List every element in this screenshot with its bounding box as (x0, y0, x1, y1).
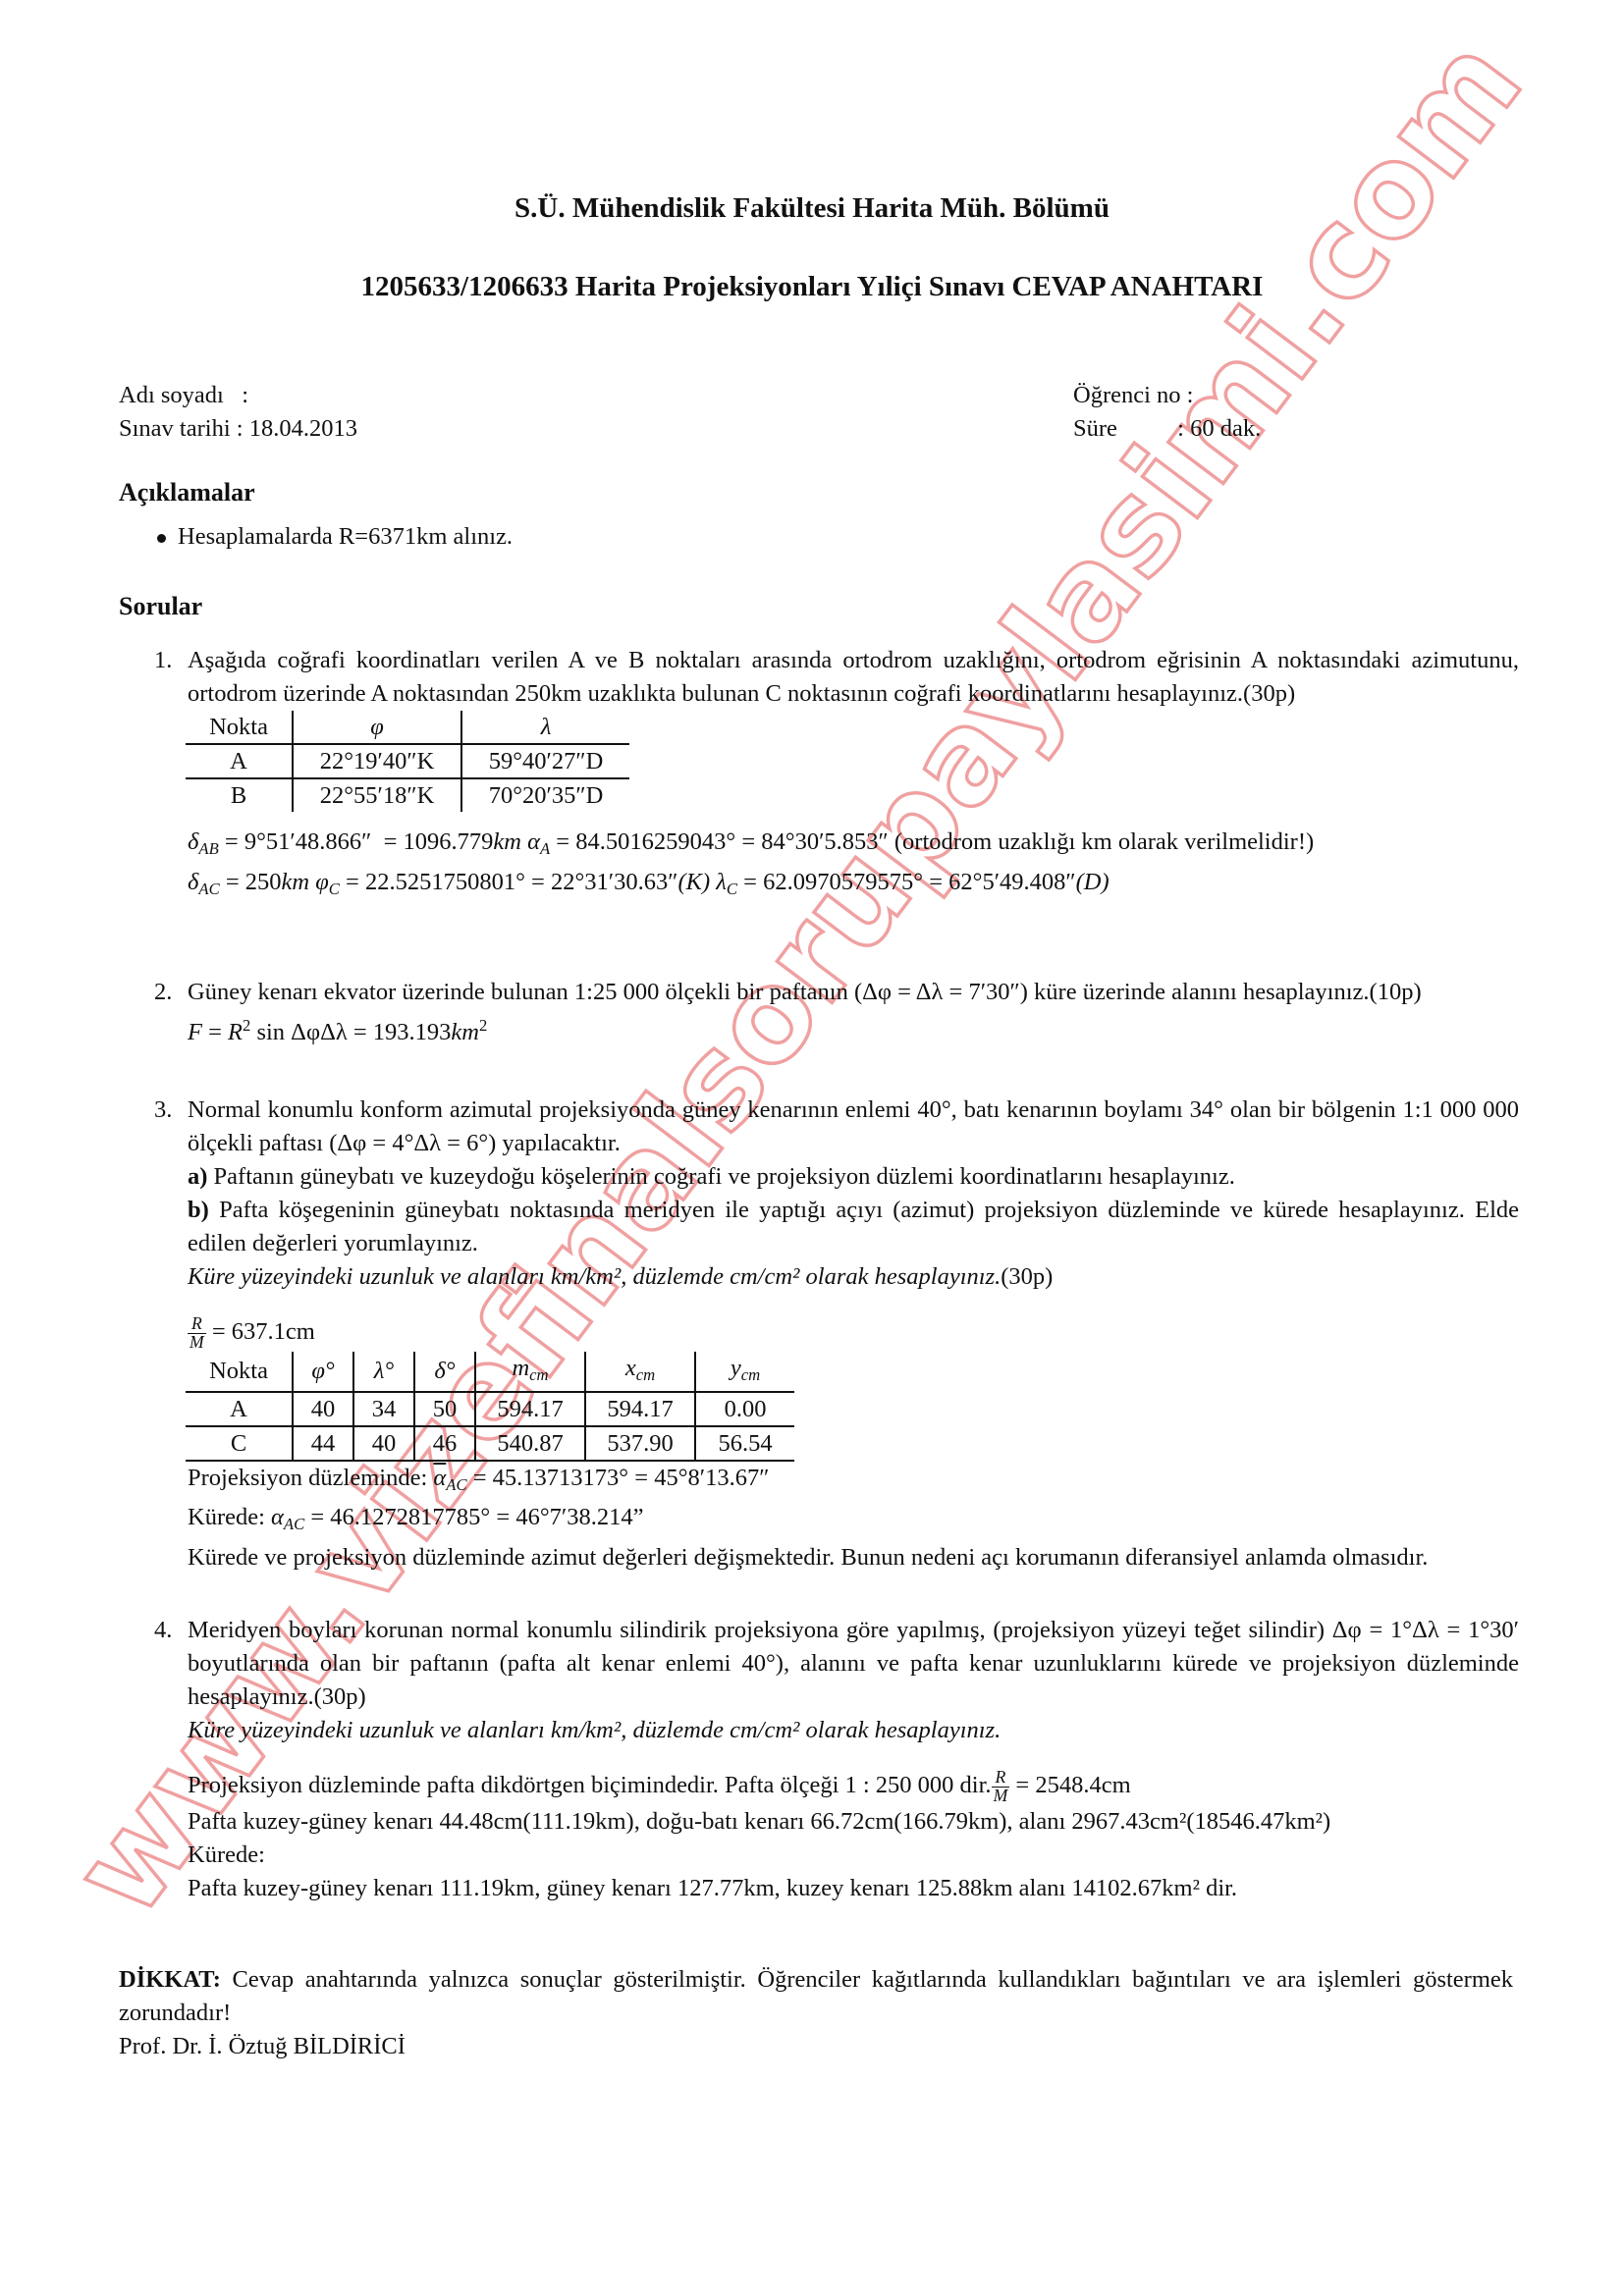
part-a: a) Paftanın güneybatı ve kuzeydoğu köşel… (188, 1160, 1519, 1194)
student-no-label: Öğrenci no (1073, 382, 1181, 408)
question-text: Normal konumlu konform azimutal projeksi… (188, 1094, 1519, 1160)
answer-4-sphere: Pafta kuzey-güney kenarı 111.19km, güney… (188, 1872, 1519, 1905)
answer-3-sphere: Kürede: αAC = 46.1272817785° = 46°7′38.2… (188, 1501, 1519, 1541)
question-4: 4. Meridyen boyları korunan normal konum… (154, 1614, 1519, 1905)
answer-1a: δAB = 9°51′48.866″ = 1096.779km αA = 84.… (188, 826, 1519, 866)
footer: DİKKAT: Cevap anahtarında yalnızca sonuç… (119, 1963, 1513, 2063)
answer-4-line1: Projeksiyon düzleminde pafta dikdörtgen … (188, 1769, 1519, 1805)
notes-item: Hesaplamalarda R=6371km alınız. (157, 520, 513, 554)
question-number: 4. (154, 1614, 172, 1647)
answer-3-projection: Projeksiyon düzleminde: αAC = 45.1371317… (188, 1462, 1519, 1502)
exam-title: 1205633/1206633 Harita Projeksiyonları Y… (0, 271, 1624, 303)
duration-label: Süre (1073, 415, 1117, 442)
answer-2: F = R2 sin ΔφΔλ = 193.193km2 (188, 1009, 1519, 1049)
warning: DİKKAT: Cevap anahtarında yalnızca sonuç… (119, 1963, 1513, 2030)
header-right: Öğrenci no : Süre : 60 dak. (1073, 379, 1261, 446)
coordinates-table: Nokta φ λ A 22°19′40″K 59°40′27″D B 22°5… (186, 711, 629, 812)
part-b: b) Pafta köşegeninin güneybatı noktasınd… (188, 1194, 1519, 1260)
exam-answer-key-page: www.vizefinalsorupaylasimi.com S.Ü. Mühe… (0, 0, 1624, 2296)
projection-table: Nokta φ° λ° δ° mcm xcm ycm A403450594.17… (186, 1352, 794, 1462)
question-text: Meridyen boyları korunan normal konumlu … (188, 1614, 1519, 1714)
table-row: A403450594.17594.170.00 (186, 1392, 794, 1426)
question-1: 1. Aşağıda coğrafi koordinatları verilen… (154, 644, 1519, 906)
answer-1b: δAC = 250km φC = 22.5251750801° = 22°31′… (188, 866, 1519, 906)
table-row: B 22°55′18″K 70°20′35″D (186, 778, 629, 812)
bullet-icon (157, 534, 166, 543)
r-over-m: RM = 637.1cm (188, 1315, 1519, 1352)
question-text: Güney kenarı ekvator üzerinde bulunan 1:… (188, 976, 1519, 1009)
table-row: A 22°19′40″K 59°40′27″D (186, 744, 629, 778)
answer-4-plane: Pafta kuzey-güney kenarı 44.48cm(111.19k… (188, 1805, 1519, 1839)
question-2: 2. Güney kenarı ekvator üzerinde bulunan… (154, 976, 1519, 1049)
notes-heading: Açıklamalar (119, 478, 255, 507)
warning-text: Cevap anahtarında yalnızca sonuçlar göst… (119, 1966, 1513, 2026)
name-label: Adı soyadı (119, 382, 224, 408)
question-number: 3. (154, 1094, 172, 1127)
duration-value: 60 dak. (1190, 415, 1261, 442)
question-text: Aşağıda coğrafi koordinatları verilen A … (188, 644, 1519, 711)
header-left: Adı soyadı : Sınav tarihi : 18.04.2013 (119, 379, 357, 446)
table-row: C444046540.87537.9056.54 (186, 1426, 794, 1461)
date-label: Sınav tarihi (119, 415, 231, 442)
answer-3-comment: Kürede ve projeksiyon düzleminde azimut … (188, 1541, 1519, 1575)
question-number: 2. (154, 976, 172, 1009)
institution-title: S.Ü. Mühendislik Fakültesi Harita Müh. B… (0, 192, 1624, 225)
units-note: Küre yüzeyindeki uzunluk ve alanları km/… (188, 1260, 1519, 1294)
warning-label: DİKKAT: (119, 1966, 221, 1993)
questions-heading: Sorular (119, 592, 202, 621)
units-note: Küre yüzeyindeki uzunluk ve alanları km/… (188, 1714, 1519, 1747)
date-value: 18.04.2013 (249, 415, 357, 442)
question-3: 3. Normal konumlu konform azimutal proje… (154, 1094, 1519, 1575)
answer-4-sphere-label: Kürede: (188, 1839, 1519, 1872)
signature: Prof. Dr. İ. Öztuğ BİLDİRİCİ (119, 2030, 1513, 2063)
question-number: 1. (154, 644, 172, 677)
